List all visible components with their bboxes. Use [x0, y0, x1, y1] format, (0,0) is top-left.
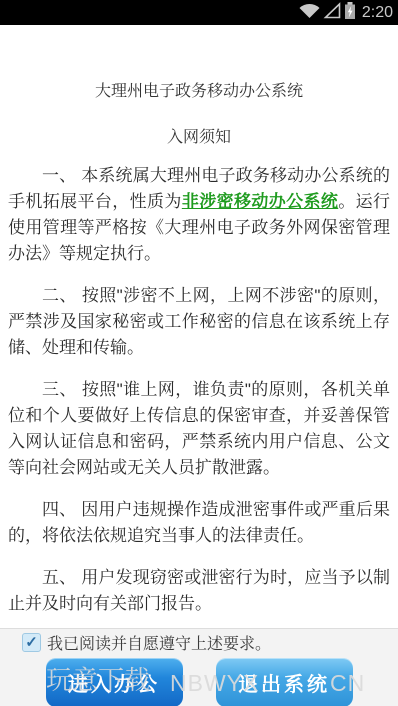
status-time: 2:20: [362, 0, 393, 25]
notice-document: 大理州电子政务移动办公系统 入网须知 一、 本系统属大理州电子政务移动办公系统的…: [0, 78, 398, 617]
agree-row: ✓ 我已阅读并自愿遵守上述要求。: [0, 629, 398, 653]
footer-bar: ✓ 我已阅读并自愿遵守上述要求。 进入办公 退出系统: [0, 628, 398, 706]
page-subtitle: 入网须知: [8, 124, 390, 147]
paragraph-4: 四、 因用户违规操作造成泄密事件或严重后果的，将依法依规追究当事人的法律责任。: [8, 497, 390, 549]
non-classified-system-link[interactable]: 非涉密移动办公系统: [182, 192, 338, 211]
wifi-icon: [299, 2, 320, 24]
exit-system-button[interactable]: 退出系统: [216, 658, 353, 706]
paragraph-2: 二、 按照"涉密不上网，上网不涉密"的原则，严禁涉及国家秘密或工作秘密的信息在该…: [8, 283, 390, 361]
battery-charging-icon: [344, 1, 356, 25]
enter-office-button[interactable]: 进入办公: [46, 658, 183, 706]
page-title: 大理州电子政务移动办公系统: [8, 78, 390, 101]
paragraph-5: 五、 用户发现窃密或泄密行为时，应当予以制止并及时向有关部门报告。: [8, 565, 390, 617]
status-bar: 2:20: [0, 0, 398, 25]
cell-signal-triangle-icon: [323, 2, 341, 24]
agree-checkbox[interactable]: ✓: [22, 633, 41, 652]
button-row: 进入办公 退出系统: [0, 658, 398, 706]
agree-label[interactable]: 我已阅读并自愿遵守上述要求。: [47, 631, 271, 654]
paragraph-1: 一、 本系统属大理州电子政务移动办公系统的手机拓展平台，性质为非涉密移动办公系统…: [8, 163, 390, 267]
paragraph-3: 三、 按照"谁上网，谁负责"的原则，各机关单位和个人要做好上传信息的保密审查，并…: [8, 377, 390, 481]
